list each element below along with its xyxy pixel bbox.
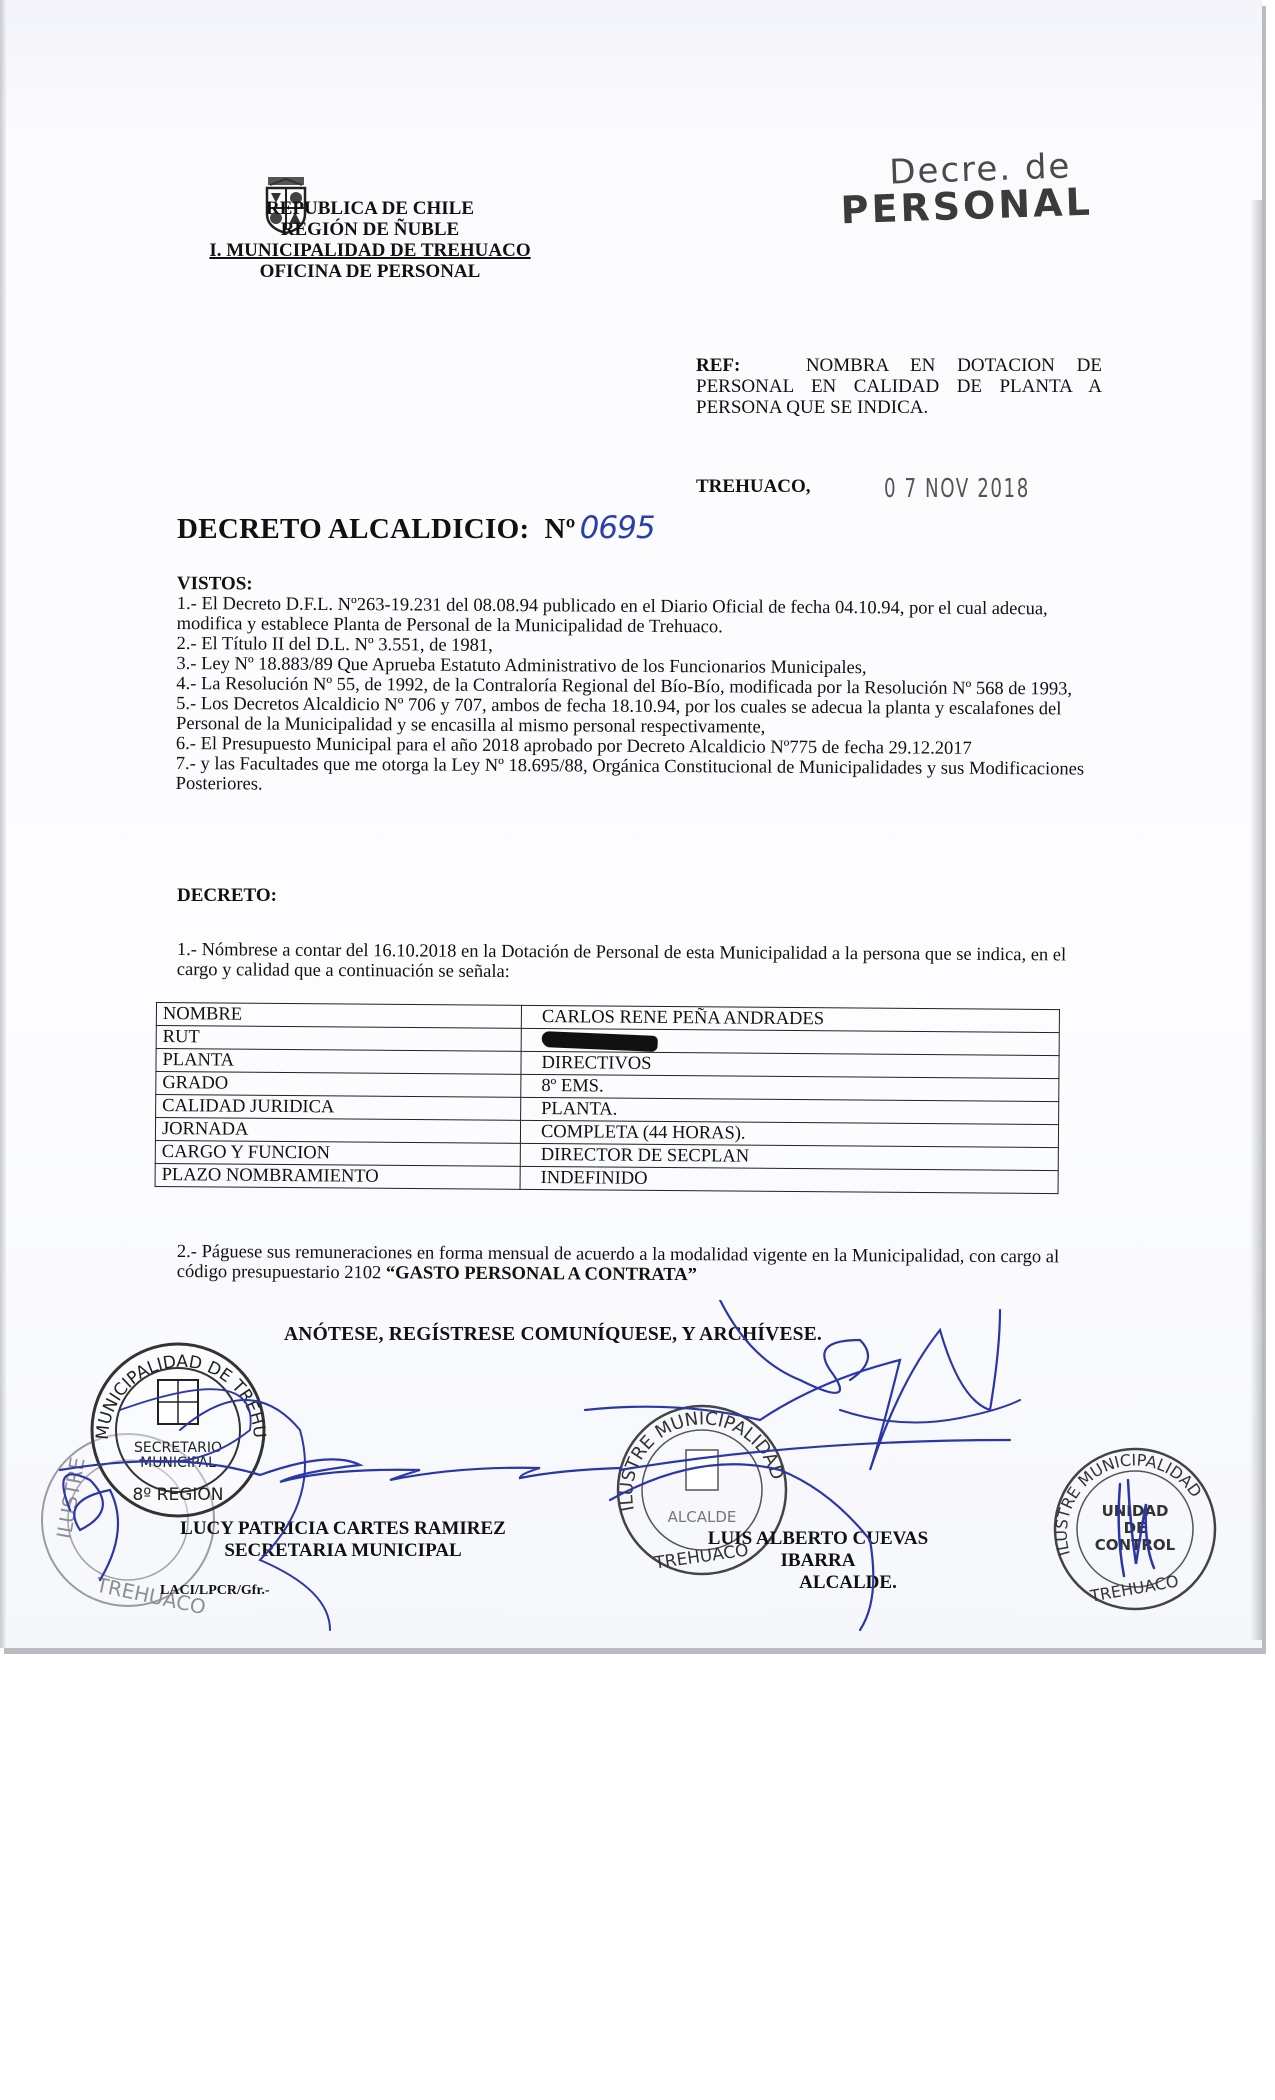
secretary-name: LUCY PATRICIA CARTES RAMIREZ: [158, 1518, 528, 1540]
letterhead-office: OFICINA DE PERSONAL: [160, 261, 580, 282]
place-label: TREHUACO,: [696, 476, 811, 498]
decree-title: DECRETO ALCALDICIO: Nº0695: [177, 510, 655, 546]
svg-text:8º REGION: 8º REGION: [132, 1485, 223, 1505]
table-field-label: CALIDAD JURIDICA: [156, 1095, 521, 1121]
svg-text:MUNICIPAL: MUNICIPAL: [140, 1455, 216, 1471]
decreto-label: DECRETO:: [177, 885, 277, 907]
item-2-budget-code-label: “GASTO PERSONAL A CONTRATA”: [386, 1263, 697, 1285]
redaction-mark: [541, 1031, 658, 1052]
appointment-table: NOMBRECARLOS RENE PEÑA ANDRADESRUTPLANTA…: [155, 1002, 1060, 1194]
seal-asesor-ring-text: ILUSTRE: [52, 1455, 90, 1540]
svg-text:UNIDAD: UNIDAD: [1102, 1502, 1169, 1520]
closing-formula: ANÓTESE, REGÍSTRESE COMUNÍQUESE, Y ARCHÍ…: [284, 1324, 822, 1346]
ref-text: NOMBRA EN DOTACION DE PERSONAL EN CALIDA…: [696, 355, 1102, 418]
signature-block-secretary: LUCY PATRICIA CARTES RAMIREZ SECRETARIA …: [158, 1518, 528, 1562]
table-field-label: PLAZO NOMBRAMIENTO: [155, 1163, 520, 1189]
reference-block: REF: NOMBRA EN DOTACION DE PERSONAL EN C…: [696, 355, 1102, 418]
vistos-item: 5.- Los Decretos Alcaldicio Nº 706 y 707…: [176, 694, 1096, 740]
table-field-label: NOMBRE: [156, 1003, 521, 1029]
svg-text:SECRETARIO: SECRETARIO: [134, 1440, 222, 1456]
ref-label: REF:: [696, 355, 740, 376]
letterhead-country: REPUBLICA DE CHILE: [160, 198, 580, 219]
table-field-label: JORNADA: [155, 1118, 520, 1144]
scanned-document-page: REPUBLICA DE CHILE REGIÓN DE ÑUBLE I. MU…: [0, 0, 1262, 1648]
vistos-item: 1.- El Decreto D.F.L. Nº263-19.231 del 0…: [177, 594, 1097, 640]
table-field-label: GRADO: [156, 1072, 521, 1098]
signature-block-mayor: LUIS ALBERTO CUEVAS IBARRA ALCALDE.: [668, 1528, 968, 1594]
date-stamp: 0 7 NOV 2018: [884, 474, 1030, 504]
table-field-value: INDEFINIDO: [520, 1166, 1058, 1193]
decree-number-handwritten: 0695: [580, 510, 655, 546]
personal-rubber-stamp: Decre. de PERSONAL: [839, 146, 1094, 233]
table-field-label: PLANTA: [156, 1049, 521, 1075]
table-field-label: RUT: [156, 1026, 521, 1052]
vistos-item: 7.- y las Facultades que me otorga la Le…: [176, 754, 1096, 800]
typist-initials: LACI/LPCR/Gfr.-: [160, 1583, 270, 1599]
vistos-section: VISTOS: 1.- El Decreto D.F.L. Nº263-19.2…: [176, 574, 1097, 800]
seal-unidad-de-control: ILUSTRE MUNICIPALIDAD UNIDAD DE CONTROL …: [1050, 1444, 1220, 1614]
letterhead-region: REGIÓN DE ÑUBLE: [160, 219, 580, 240]
letterhead: REPUBLICA DE CHILE REGIÓN DE ÑUBLE I. MU…: [160, 198, 580, 282]
letterhead-municipality: I. MUNICIPALIDAD DE TREHUACO: [160, 240, 580, 261]
secretary-title: SECRETARIA MUNICIPAL: [158, 1540, 528, 1562]
decree-number-prefix: Nº: [545, 513, 576, 545]
svg-text:ALCALDE: ALCALDE: [668, 1508, 737, 1526]
mayor-name: LUIS ALBERTO CUEVAS IBARRA: [668, 1528, 968, 1572]
mayor-title: ALCALDE.: [668, 1572, 968, 1594]
table-field-label: CARGO Y FUNCION: [155, 1140, 520, 1166]
seal-secretario-municipal: MUNICIPALIDAD DE TREHUACO SECRETARIO MUN…: [88, 1340, 268, 1520]
stamp-line-2: PERSONAL: [840, 180, 1094, 233]
decreto-item-2: 2.- Páguese sus remuneraciones en forma …: [177, 1242, 1097, 1288]
decreto-item-1: 1.- Nómbrese a contar del 16.10.2018 en …: [177, 940, 1097, 986]
decree-title-text: DECRETO ALCALDICIO:: [177, 513, 529, 545]
